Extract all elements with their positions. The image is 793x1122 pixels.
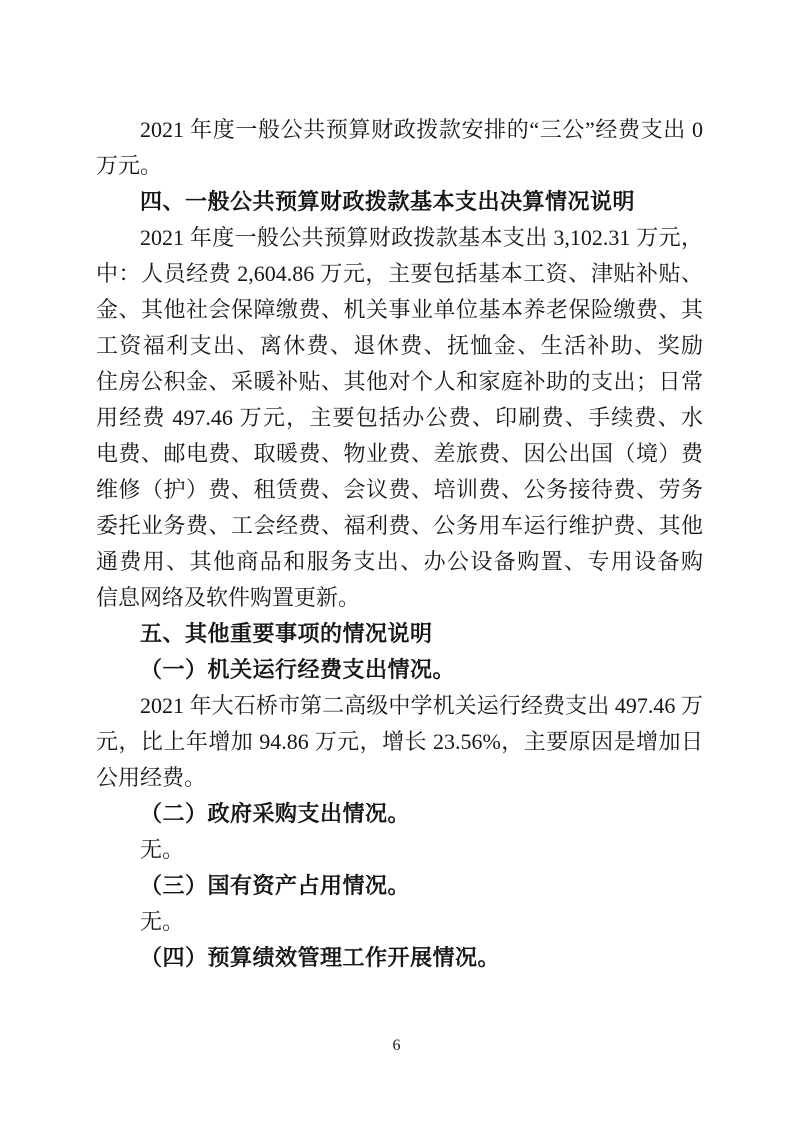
- page-number: 6: [0, 1035, 793, 1057]
- paragraph-basic-exp-line-7: 电费、邮电费、取暖费、物业费、差旅费、因公出国（境）费用、: [96, 436, 703, 472]
- paragraph-assets-none: 无。: [96, 904, 703, 940]
- paragraph-basic-exp-line-9: 委托业务费、工会经费、福利费、公务用车运行维护费、其他交: [96, 508, 703, 544]
- paragraph-sangong-line-2: 万元。: [96, 148, 703, 184]
- paragraph-basic-exp-line-6: 用经费 497.46 万元，主要包括办公费、印刷费、手续费、水费、: [96, 400, 703, 436]
- document-page: 2021 年度一般公共预算财政拨款安排的“三公”经费支出 0万元。四、一般公共预…: [0, 0, 793, 1122]
- paragraph-basic-exp-line-2: 中：人员经费 2,604.86 万元，主要包括基本工资、津贴补贴、奖: [96, 256, 703, 292]
- paragraph-basic-exp-line-3: 金、其他社会保障缴费、机关事业单位基本养老保险缴费、其他: [96, 292, 703, 328]
- subsection-heading-5-1: （一）机关运行经费支出情况。: [96, 652, 703, 688]
- section-heading-4: 四、一般公共预算财政拨款基本支出决算情况说明: [96, 184, 703, 220]
- paragraph-basic-exp-line-1: 2021 年度一般公共预算财政拨款基本支出 3,102.31 万元，其: [96, 220, 703, 256]
- document-body: 2021 年度一般公共预算财政拨款安排的“三公”经费支出 0万元。四、一般公共预…: [96, 112, 703, 976]
- paragraph-basic-exp-line-8: 维修（护）费、租赁费、会议费、培训费、公务接待费、劳务费、: [96, 472, 703, 508]
- section-heading-5: 五、其他重要事项的情况说明: [96, 616, 703, 652]
- paragraph-procurement-none: 无。: [96, 832, 703, 868]
- paragraph-sangong-line-1: 2021 年度一般公共预算财政拨款安排的“三公”经费支出 0: [96, 112, 703, 148]
- paragraph-basic-exp-line-5: 住房公积金、采暖补贴、其他对个人和家庭补助的支出；日常公: [96, 364, 703, 400]
- paragraph-operating-line-2: 元，比上年增加 94.86 万元，增长 23.56%，主要原因是增加日常: [96, 724, 703, 760]
- subsection-heading-5-4: （四）预算绩效管理工作开展情况。: [96, 940, 703, 976]
- subsection-heading-5-3: （三）国有资产占用情况。: [96, 868, 703, 904]
- subsection-heading-5-2: （二）政府采购支出情况。: [96, 796, 703, 832]
- paragraph-basic-exp-line-11: 信息网络及软件购置更新。: [96, 580, 703, 616]
- paragraph-operating-line-3: 公用经费。: [96, 760, 703, 796]
- paragraph-basic-exp-line-10: 通费用、其他商品和服务支出、办公设备购置、专用设备购置、: [96, 544, 703, 580]
- paragraph-basic-exp-line-4: 工资福利支出、离休费、退休费、抚恤金、生活补助、奖励金、: [96, 328, 703, 364]
- paragraph-operating-line-1: 2021 年大石桥市第二高级中学机关运行经费支出 497.46 万: [96, 688, 703, 724]
